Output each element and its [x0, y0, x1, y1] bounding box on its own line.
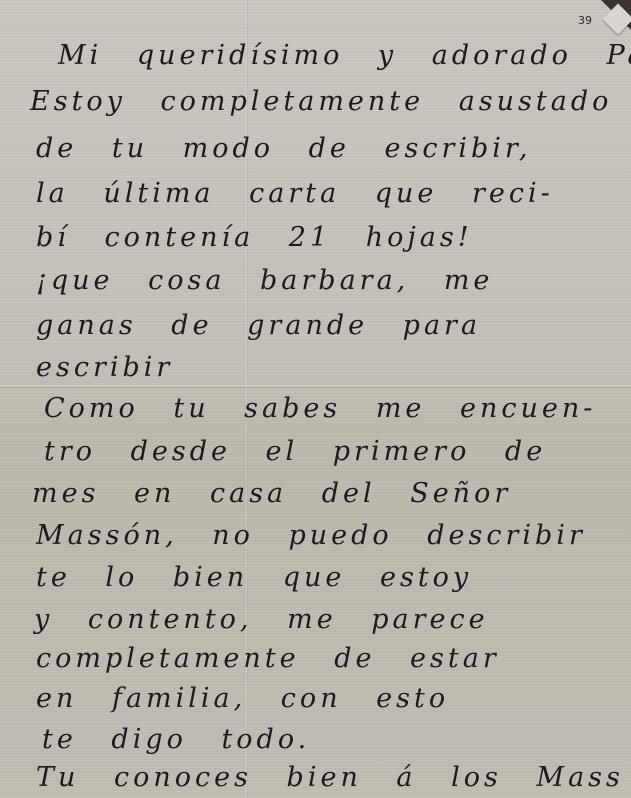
letter-line-14: y contento, me parece [34, 604, 489, 635]
letter-line-5: bí contenía 21 hojas! [36, 222, 473, 253]
letter-line-2: Estoy completamente asustado [30, 86, 612, 117]
letter-line-6: ¡que cosa barbara, me [36, 265, 493, 296]
letter-line-13: te lo bien que estoy [36, 562, 472, 593]
letter-line-7: ganas de grande para [36, 310, 481, 341]
letter-line-11: mes en casa del Señor [32, 478, 511, 509]
letter-line-16: en familia, con esto [36, 683, 449, 714]
letter-line-9: Como tu sabes me encuen- [44, 393, 596, 424]
letter-line-17: te digo todo. [42, 724, 310, 755]
letter-line-15: completamente de estar [36, 643, 500, 674]
horizontal-fold-crease [0, 385, 631, 388]
page-number: 39 [578, 14, 592, 27]
letter-line-3: de tu modo de escribir, [36, 133, 531, 164]
letter-line-4: la última carta que reci- [36, 178, 554, 209]
letter-line-1: Mi queridísimo y adorado Papá [58, 40, 631, 71]
letter-line-10: tro desde el primero de [44, 436, 546, 467]
letter-line-12: Massón, no puedo describir [36, 520, 586, 551]
letter-line-18: Tu conoces bien á los Mass [36, 762, 624, 793]
letter-page: 39 Mi queridísimo y adorado Papá Estoy c… [0, 0, 631, 798]
letter-line-8: escribir [36, 352, 173, 383]
